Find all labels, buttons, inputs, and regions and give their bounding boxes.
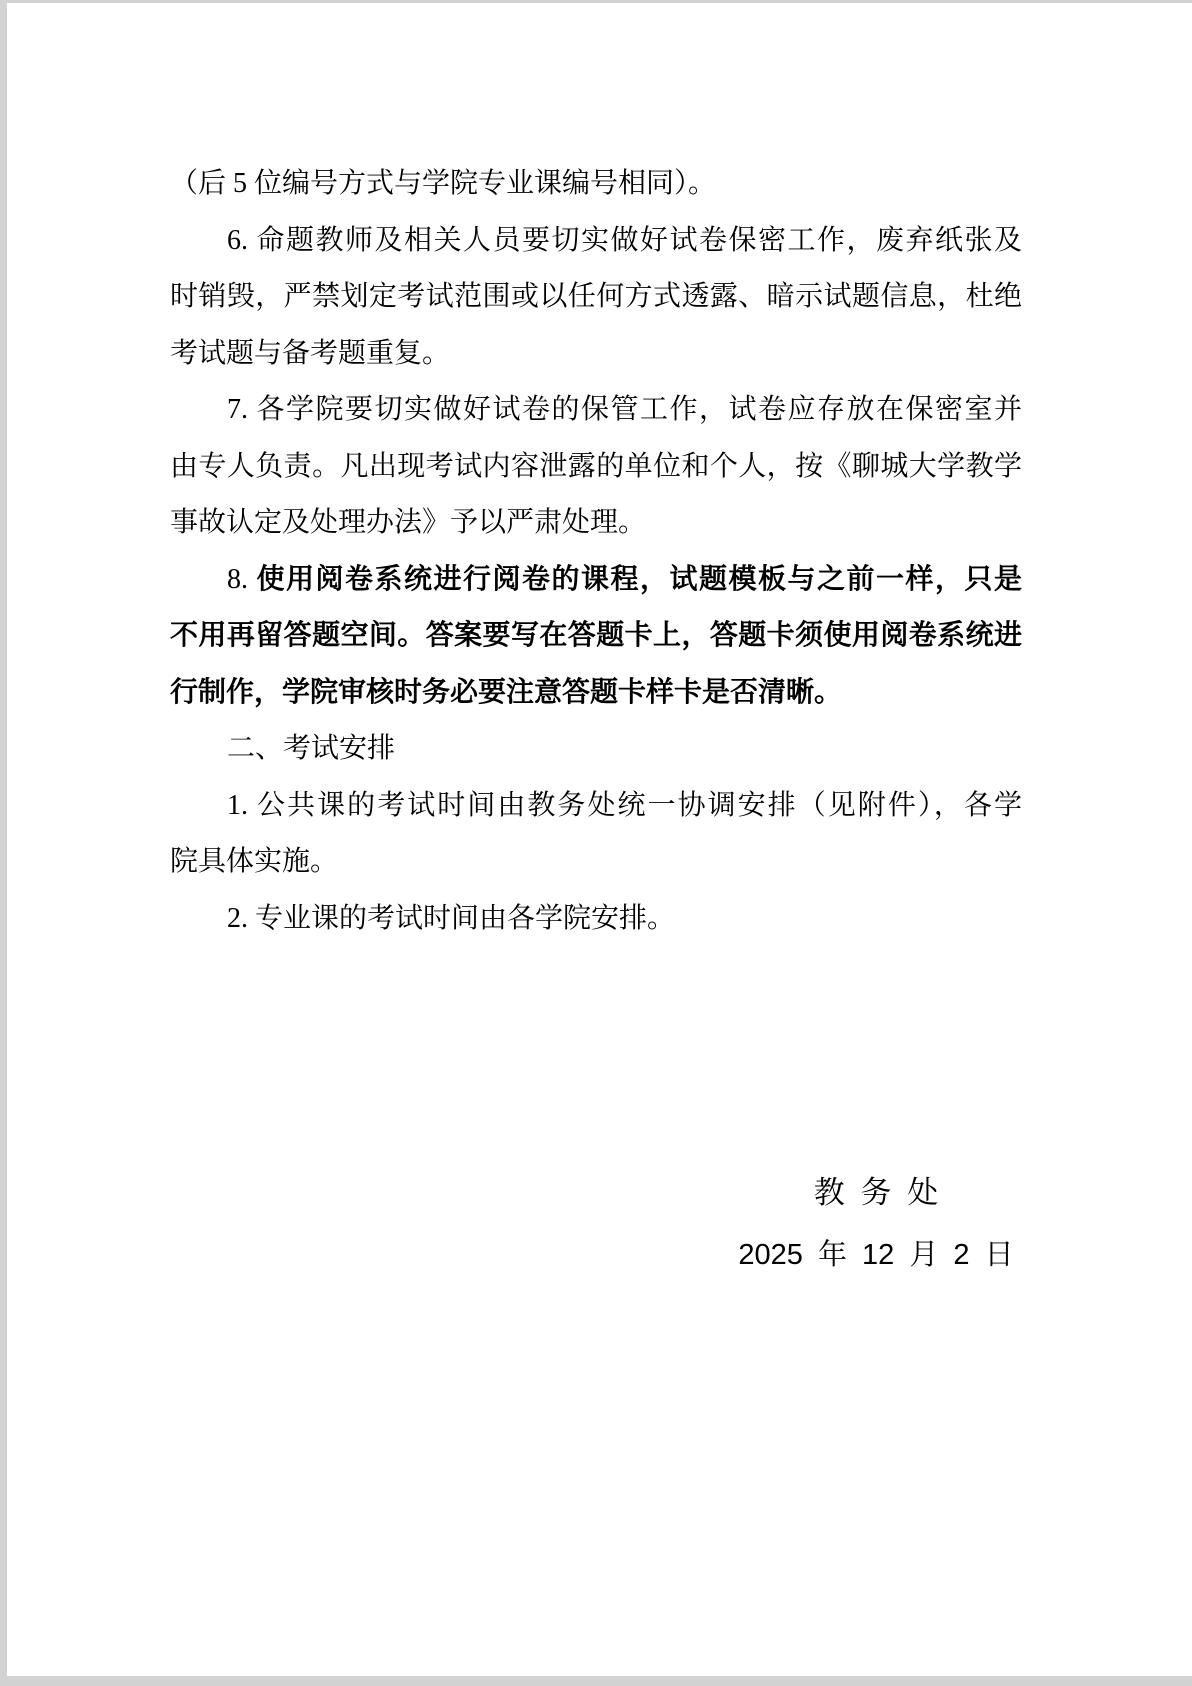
- document-line: 6. 命题教师及相关人员要切实做好试卷保密工作，废弃纸张及: [170, 213, 1022, 270]
- document-line: 院具体实施。: [170, 834, 1022, 891]
- document-line: 1. 公共课的考试时间由教务处统一协调安排（见附件），各学: [170, 778, 1022, 835]
- signature-block: 教 务 处 2025 年 12 月 2 日: [738, 1176, 1013, 1272]
- document-line: 7. 各学院要切实做好试卷的保管工作，试卷应存放在保密室并: [170, 382, 1022, 439]
- signature-date: 2025 年 12 月 2 日: [738, 1238, 1013, 1272]
- document-line: 8. 使用阅卷系统进行阅卷的课程，试题模板与之前一样，只是: [170, 552, 1022, 609]
- document-line: 事故认定及处理办法》予以严肃处理。: [170, 495, 1022, 552]
- document-line: （后 5 位编号方式与学院专业课编号相同）。: [170, 156, 1022, 213]
- document-line: 2. 专业课的考试时间由各学院安排。: [170, 891, 1022, 948]
- list-number: 8.: [227, 564, 257, 595]
- document-body: （后 5 位编号方式与学院专业课编号相同）。 6. 命题教师及相关人员要切实做好…: [170, 156, 1022, 947]
- document-line: 由专人负责。凡出现考试内容泄露的单位和个人，按《聊城大学教学: [170, 439, 1022, 496]
- document-line: 考试题与备考题重复。: [170, 326, 1022, 383]
- document-line: 不用再留答题空间。答案要写在答题卡上，答题卡须使用阅卷系统进: [170, 608, 1022, 665]
- document-page: （后 5 位编号方式与学院专业课编号相同）。 6. 命题教师及相关人员要切实做好…: [7, 3, 1192, 1676]
- signature-name: 教 务 处: [738, 1176, 1013, 1210]
- document-line: 时销毁，严禁划定考试范围或以任何方式透露、暗示试题信息，杜绝: [170, 269, 1022, 326]
- document-line-text: 使用阅卷系统进行阅卷的课程，试题模板与之前一样，只是: [257, 564, 1023, 595]
- document-line: 行制作，学院审核时务必要注意答题卡样卡是否清晰。: [170, 665, 1022, 722]
- section-heading: 二、考试安排: [170, 721, 1022, 778]
